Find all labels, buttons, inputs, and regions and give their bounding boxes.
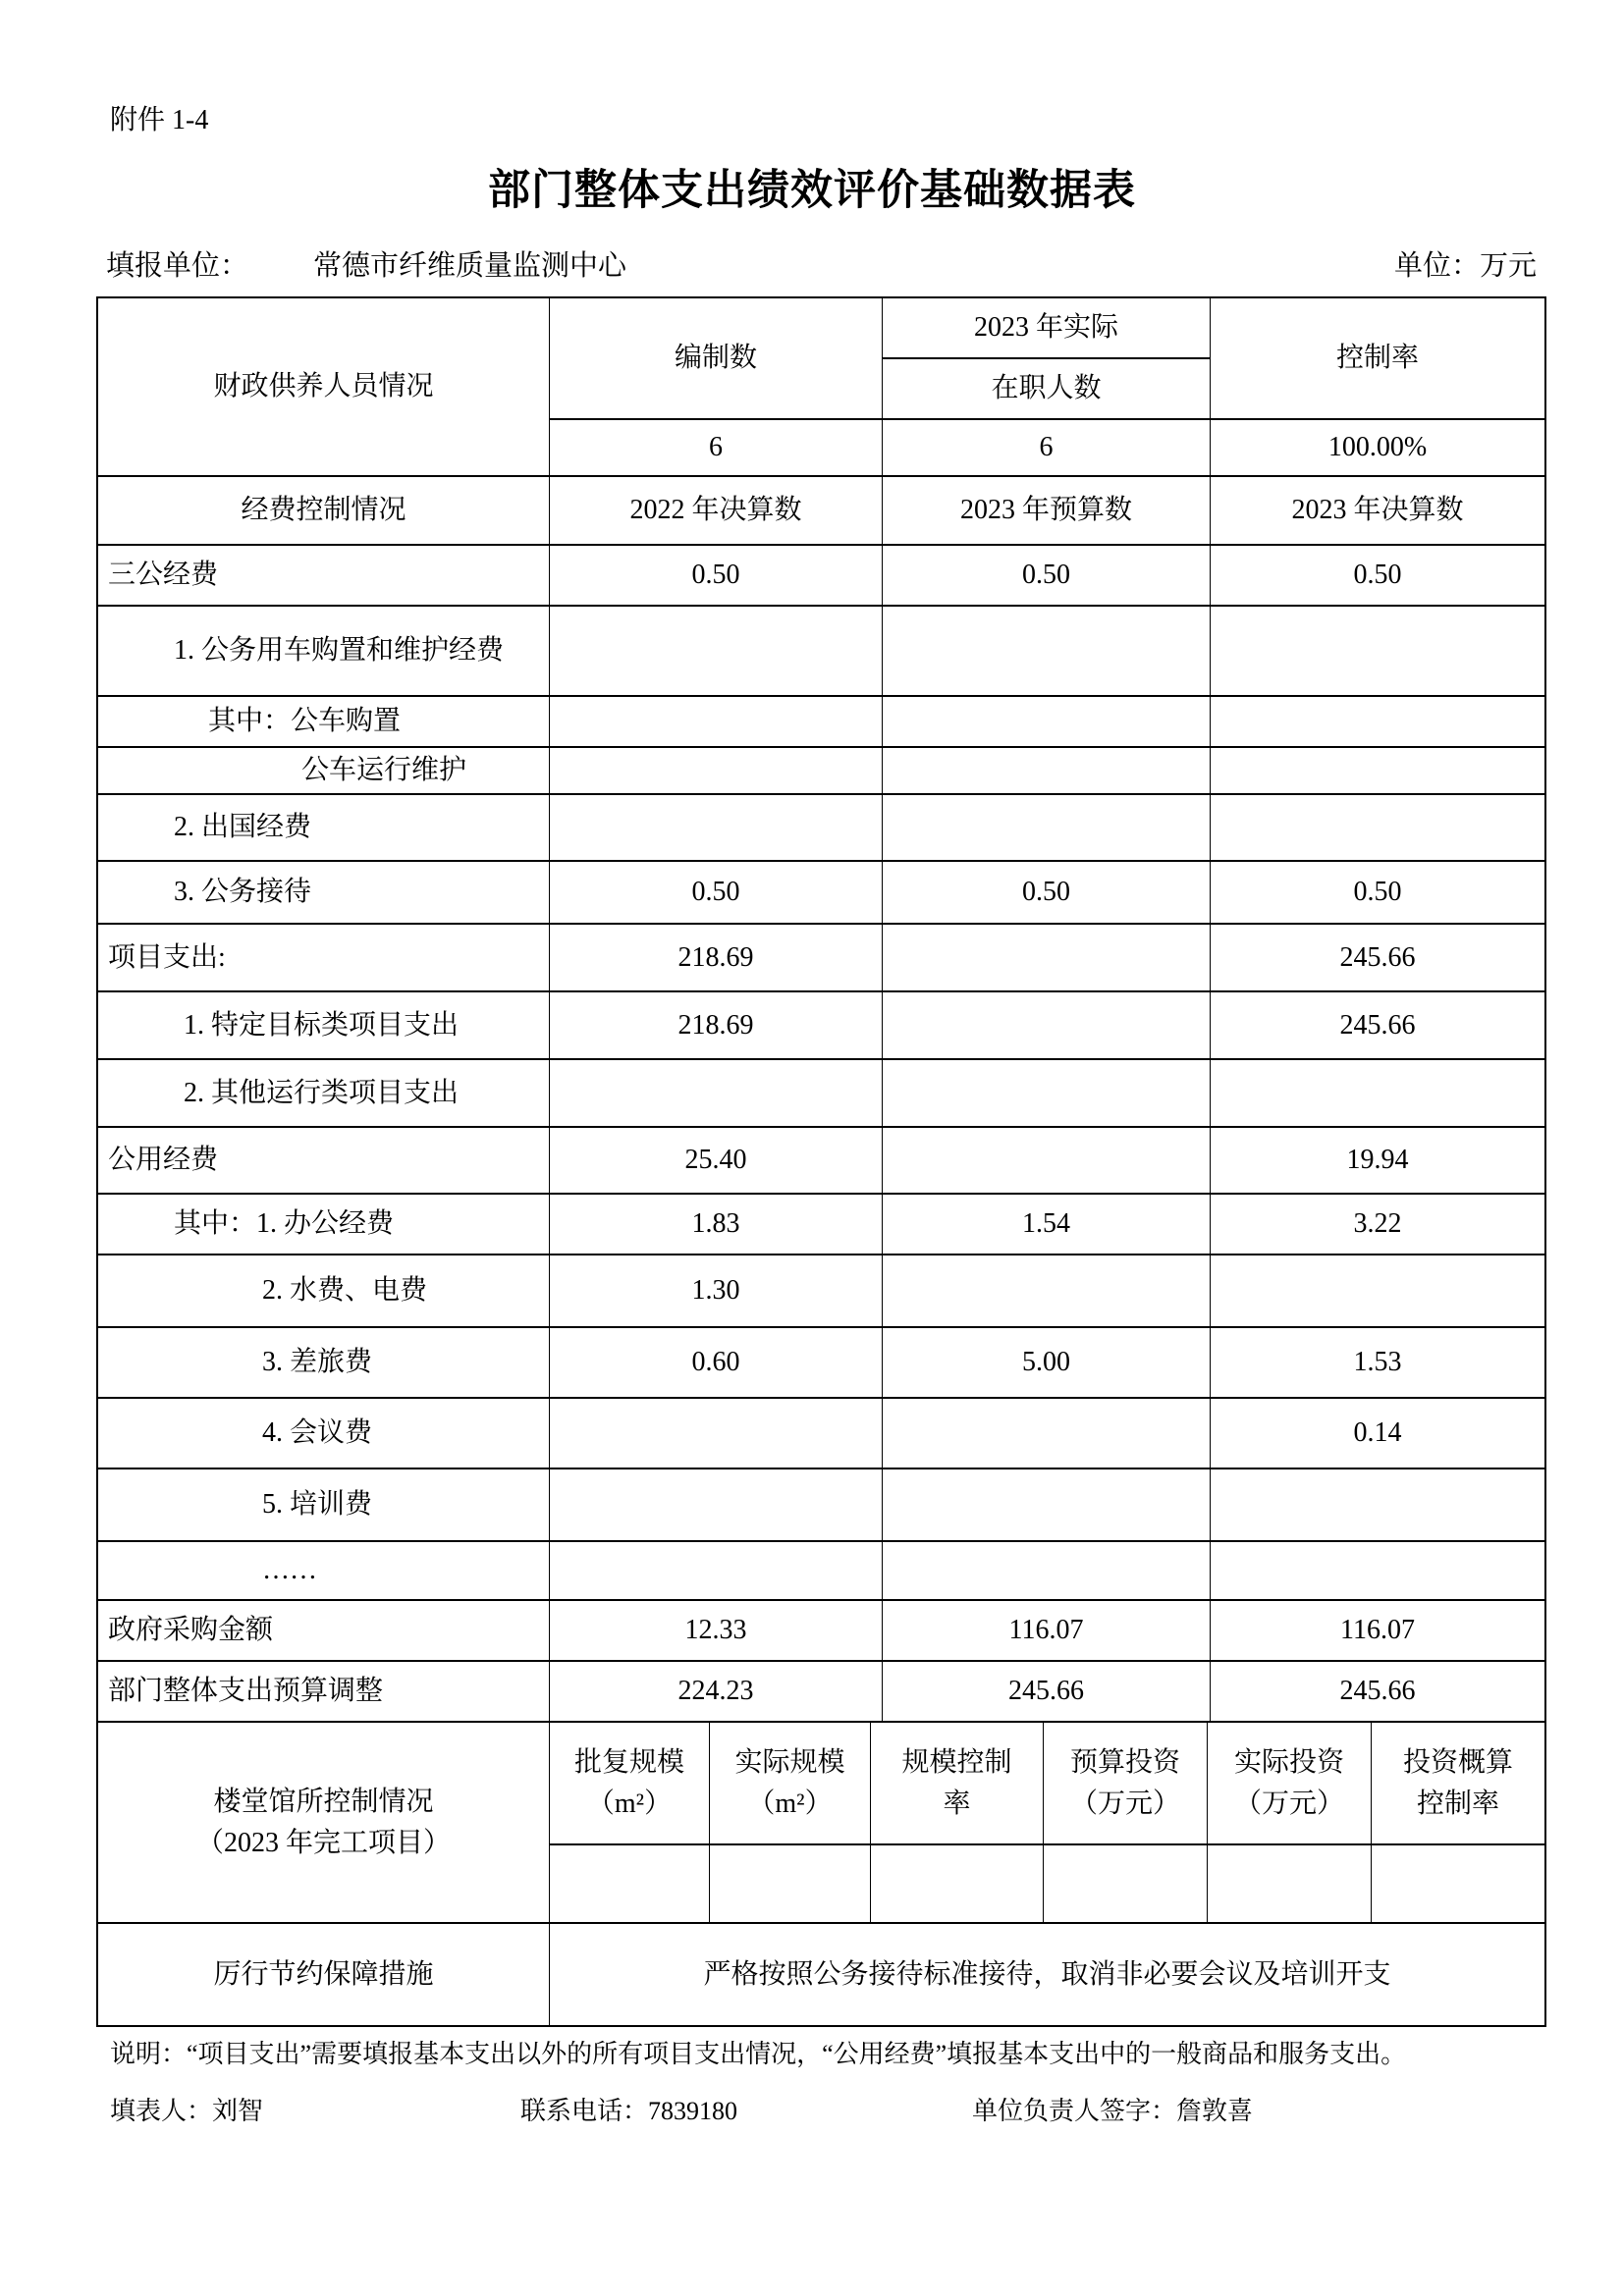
footnote: 说明：“项目支出”需要填报基本支出以外的所有项目支出情况，“公用经费”填报基本支… (110, 2034, 1406, 2070)
row-label: 3. 公务接待 (98, 862, 550, 923)
value-2023-budget (883, 925, 1211, 990)
value-2023-final (1211, 1469, 1544, 1540)
table-row: 1. 特定目标类项目支出 218.69 245.66 (98, 990, 1544, 1058)
table-row: 5. 培训费 (98, 1468, 1544, 1540)
value-2022-final: 1.83 (550, 1195, 883, 1254)
thrift-value: 严格按照公务接待标准接待，取消非必要会议及培训开支 (550, 1924, 1544, 2025)
row-label: 2. 出国经费 (98, 795, 550, 860)
value-2023-budget (883, 748, 1211, 793)
table-row: 其中：公车购置 (98, 695, 1544, 746)
value-2023-budget (883, 1128, 1211, 1193)
form-meta: 填报单位：常德市纤维质量监测中心 单位：万元 (96, 243, 1546, 284)
value-2023-budget (883, 1255, 1211, 1326)
col-header-control-rate: 控制率 (1211, 298, 1544, 418)
unit-label: 单位：万元 (1394, 243, 1537, 284)
row-label: 2. 其他运行类项目支出 (98, 1060, 550, 1126)
value-2023-budget: 0.50 (883, 546, 1211, 605)
thrift-row: 厉行节约保障措施 严格按照公务接待标准接待，取消非必要会议及培训开支 (98, 1922, 1544, 2025)
col-header-2023-final: 2023 年决算数 (1211, 477, 1544, 544)
col-header-actual-investment: 实际投资 （万元） (1208, 1723, 1372, 1845)
value-2023-final (1211, 1542, 1544, 1599)
value-2022-final (550, 607, 883, 695)
value-2023-final: 19.94 (1211, 1128, 1544, 1193)
thrift-label: 厉行节约保障措施 (98, 1924, 550, 2025)
value-2023-final (1211, 1255, 1544, 1326)
value-2023-final (1211, 607, 1544, 695)
signature-preparer: 填表人：刘智 (110, 2091, 263, 2127)
personnel-row-label: 财政供养人员情况 (98, 298, 550, 475)
row-label: 4. 会议费 (98, 1399, 550, 1468)
col-header-2023-actual: 2023 年实际 (883, 298, 1211, 359)
value-2022-final (550, 1060, 883, 1126)
row-label: 其中：1. 办公经费 (98, 1195, 550, 1254)
value-2023-budget (883, 1060, 1211, 1126)
table-row: 3. 公务接待 0.50 0.50 0.50 (98, 860, 1544, 923)
building-value-cell (1044, 1845, 1208, 1922)
value-2023-budget: 0.50 (883, 862, 1211, 923)
row-label: …… (98, 1542, 550, 1599)
value-2023-final (1211, 697, 1544, 746)
row-label: 1. 特定目标类项目支出 (98, 992, 550, 1058)
data-table: 财政供养人员情况 编制数 2023 年实际 在职人数 控制率 6 6 100.0… (96, 296, 1546, 2027)
form-unit-value: 常德市纤维质量监测中心 (313, 250, 626, 282)
table-row: 公用经费 25.40 19.94 (98, 1126, 1544, 1193)
col-header-2023-budget: 2023 年预算数 (883, 477, 1211, 544)
col-header-onduty: 在职人数 (883, 359, 1211, 418)
signature-phone: 联系电话：7839180 (520, 2091, 737, 2127)
building-value-cell (1208, 1845, 1372, 1922)
value-2022-final: 0.50 (550, 546, 883, 605)
row-label: 公车运行维护 (98, 748, 550, 793)
row-label: 1. 公务用车购置和维护经费 (98, 607, 550, 695)
col-header-scale-control-rate: 规模控制 率 (871, 1723, 1044, 1845)
value-2022-final (550, 1542, 883, 1599)
value-2023-budget (883, 607, 1211, 695)
table-row: 2. 其他运行类项目支出 (98, 1058, 1544, 1126)
col-header-estimate-control-rate: 投资概算 控制率 (1372, 1723, 1544, 1845)
value-2023-budget (883, 1469, 1211, 1540)
value-2023-final (1211, 748, 1544, 793)
value-2022-final (550, 697, 883, 746)
table-row: 1. 公务用车购置和维护经费 (98, 605, 1544, 695)
row-label: 3. 差旅费 (98, 1328, 550, 1397)
value-2022-final (550, 795, 883, 860)
row-label: 其中：公车购置 (98, 697, 550, 746)
value-2023-budget: 5.00 (883, 1328, 1211, 1397)
value-2023-final (1211, 795, 1544, 860)
building-value-cell (1372, 1845, 1544, 1922)
table-row: 部门整体支出预算调整 224.23 245.66 245.66 (98, 1660, 1544, 1721)
value-2023-budget (883, 992, 1211, 1058)
row-label: 项目支出: (98, 925, 550, 990)
col-header-actual-scale: 实际规模 （m²） (710, 1723, 871, 1845)
establishment-value: 6 (550, 418, 883, 475)
value-2023-final: 0.50 (1211, 546, 1544, 605)
row-label: 公用经费 (98, 1128, 550, 1193)
value-2023-final: 245.66 (1211, 1662, 1544, 1721)
value-2022-final (550, 1469, 883, 1540)
table-row: 公车运行维护 (98, 746, 1544, 793)
expense-section-label: 经费控制情况 (98, 477, 550, 544)
value-2023-budget (883, 1399, 1211, 1468)
table-row: …… (98, 1540, 1544, 1599)
value-2023-budget: 1.54 (883, 1195, 1211, 1254)
value-2023-budget (883, 795, 1211, 860)
value-2022-final (550, 748, 883, 793)
document-page: 附件 1-4 部门整体支出绩效评价基础数据表 填报单位：常德市纤维质量监测中心 … (0, 0, 1624, 2296)
col-header-2022-final: 2022 年决算数 (550, 477, 883, 544)
value-2023-final: 3.22 (1211, 1195, 1544, 1254)
row-label: 2. 水费、电费 (98, 1255, 550, 1326)
attachment-label: 附件 1-4 (110, 98, 208, 137)
row-label: 三公经费 (98, 546, 550, 605)
page-title: 部门整体支出绩效评价基础数据表 (0, 157, 1624, 217)
signature-signer: 单位负责人签字：詹敦喜 (972, 2091, 1253, 2127)
col-header-establishment: 编制数 (550, 298, 883, 418)
value-2022-final: 218.69 (550, 992, 883, 1058)
value-2023-final: 116.07 (1211, 1601, 1544, 1660)
building-control-section: 楼堂馆所控制情况 （2023 年完工项目） 批复规模 （m²） 实际规模 （m²… (98, 1721, 1544, 1922)
onduty-value: 6 (883, 418, 1211, 475)
building-value-cell (550, 1845, 710, 1922)
table-row: 2. 出国经费 (98, 793, 1544, 860)
table-row: 政府采购金额 12.33 116.07 116.07 (98, 1599, 1544, 1660)
value-2022-final: 0.60 (550, 1328, 883, 1397)
value-2022-final: 25.40 (550, 1128, 883, 1193)
value-2022-final (550, 1399, 883, 1468)
building-value-cell (871, 1845, 1044, 1922)
value-2022-final: 12.33 (550, 1601, 883, 1660)
personnel-section: 财政供养人员情况 编制数 2023 年实际 在职人数 控制率 6 6 100.0… (98, 298, 1544, 475)
value-2023-budget: 116.07 (883, 1601, 1211, 1660)
value-2023-final (1211, 1060, 1544, 1126)
col-header-approved-scale: 批复规模 （m²） (550, 1723, 710, 1845)
value-2022-final: 0.50 (550, 862, 883, 923)
row-label: 政府采购金额 (98, 1601, 550, 1660)
building-value-cell (710, 1845, 871, 1922)
value-2023-final: 0.14 (1211, 1399, 1544, 1468)
table-row: 项目支出: 218.69 245.66 (98, 923, 1544, 990)
table-row: 2. 水费、电费 1.30 (98, 1254, 1544, 1326)
value-2023-final: 245.66 (1211, 992, 1544, 1058)
value-2023-budget: 245.66 (883, 1662, 1211, 1721)
expense-header-row: 经费控制情况 2022 年决算数 2023 年预算数 2023 年决算数 (98, 475, 1544, 544)
table-row: 4. 会议费 0.14 (98, 1397, 1544, 1468)
value-2023-budget (883, 1542, 1211, 1599)
value-2022-final: 224.23 (550, 1662, 883, 1721)
row-label: 部门整体支出预算调整 (98, 1662, 550, 1721)
value-2023-budget (883, 697, 1211, 746)
table-row: 三公经费 0.50 0.50 0.50 (98, 544, 1544, 605)
table-row: 3. 差旅费 0.60 5.00 1.53 (98, 1326, 1544, 1397)
value-2023-final: 245.66 (1211, 925, 1544, 990)
value-2023-final: 1.53 (1211, 1328, 1544, 1397)
value-2022-final: 218.69 (550, 925, 883, 990)
control-rate-value: 100.00% (1211, 418, 1544, 475)
value-2022-final: 1.30 (550, 1255, 883, 1326)
form-unit-label: 填报单位： (106, 250, 248, 282)
col-header-budget-investment: 预算投资 （万元） (1044, 1723, 1208, 1845)
building-section-label: 楼堂馆所控制情况 （2023 年完工项目） (98, 1723, 550, 1922)
table-row: 其中：1. 办公经费 1.83 1.54 3.22 (98, 1193, 1544, 1254)
row-label: 5. 培训费 (98, 1469, 550, 1540)
value-2023-final: 0.50 (1211, 862, 1544, 923)
